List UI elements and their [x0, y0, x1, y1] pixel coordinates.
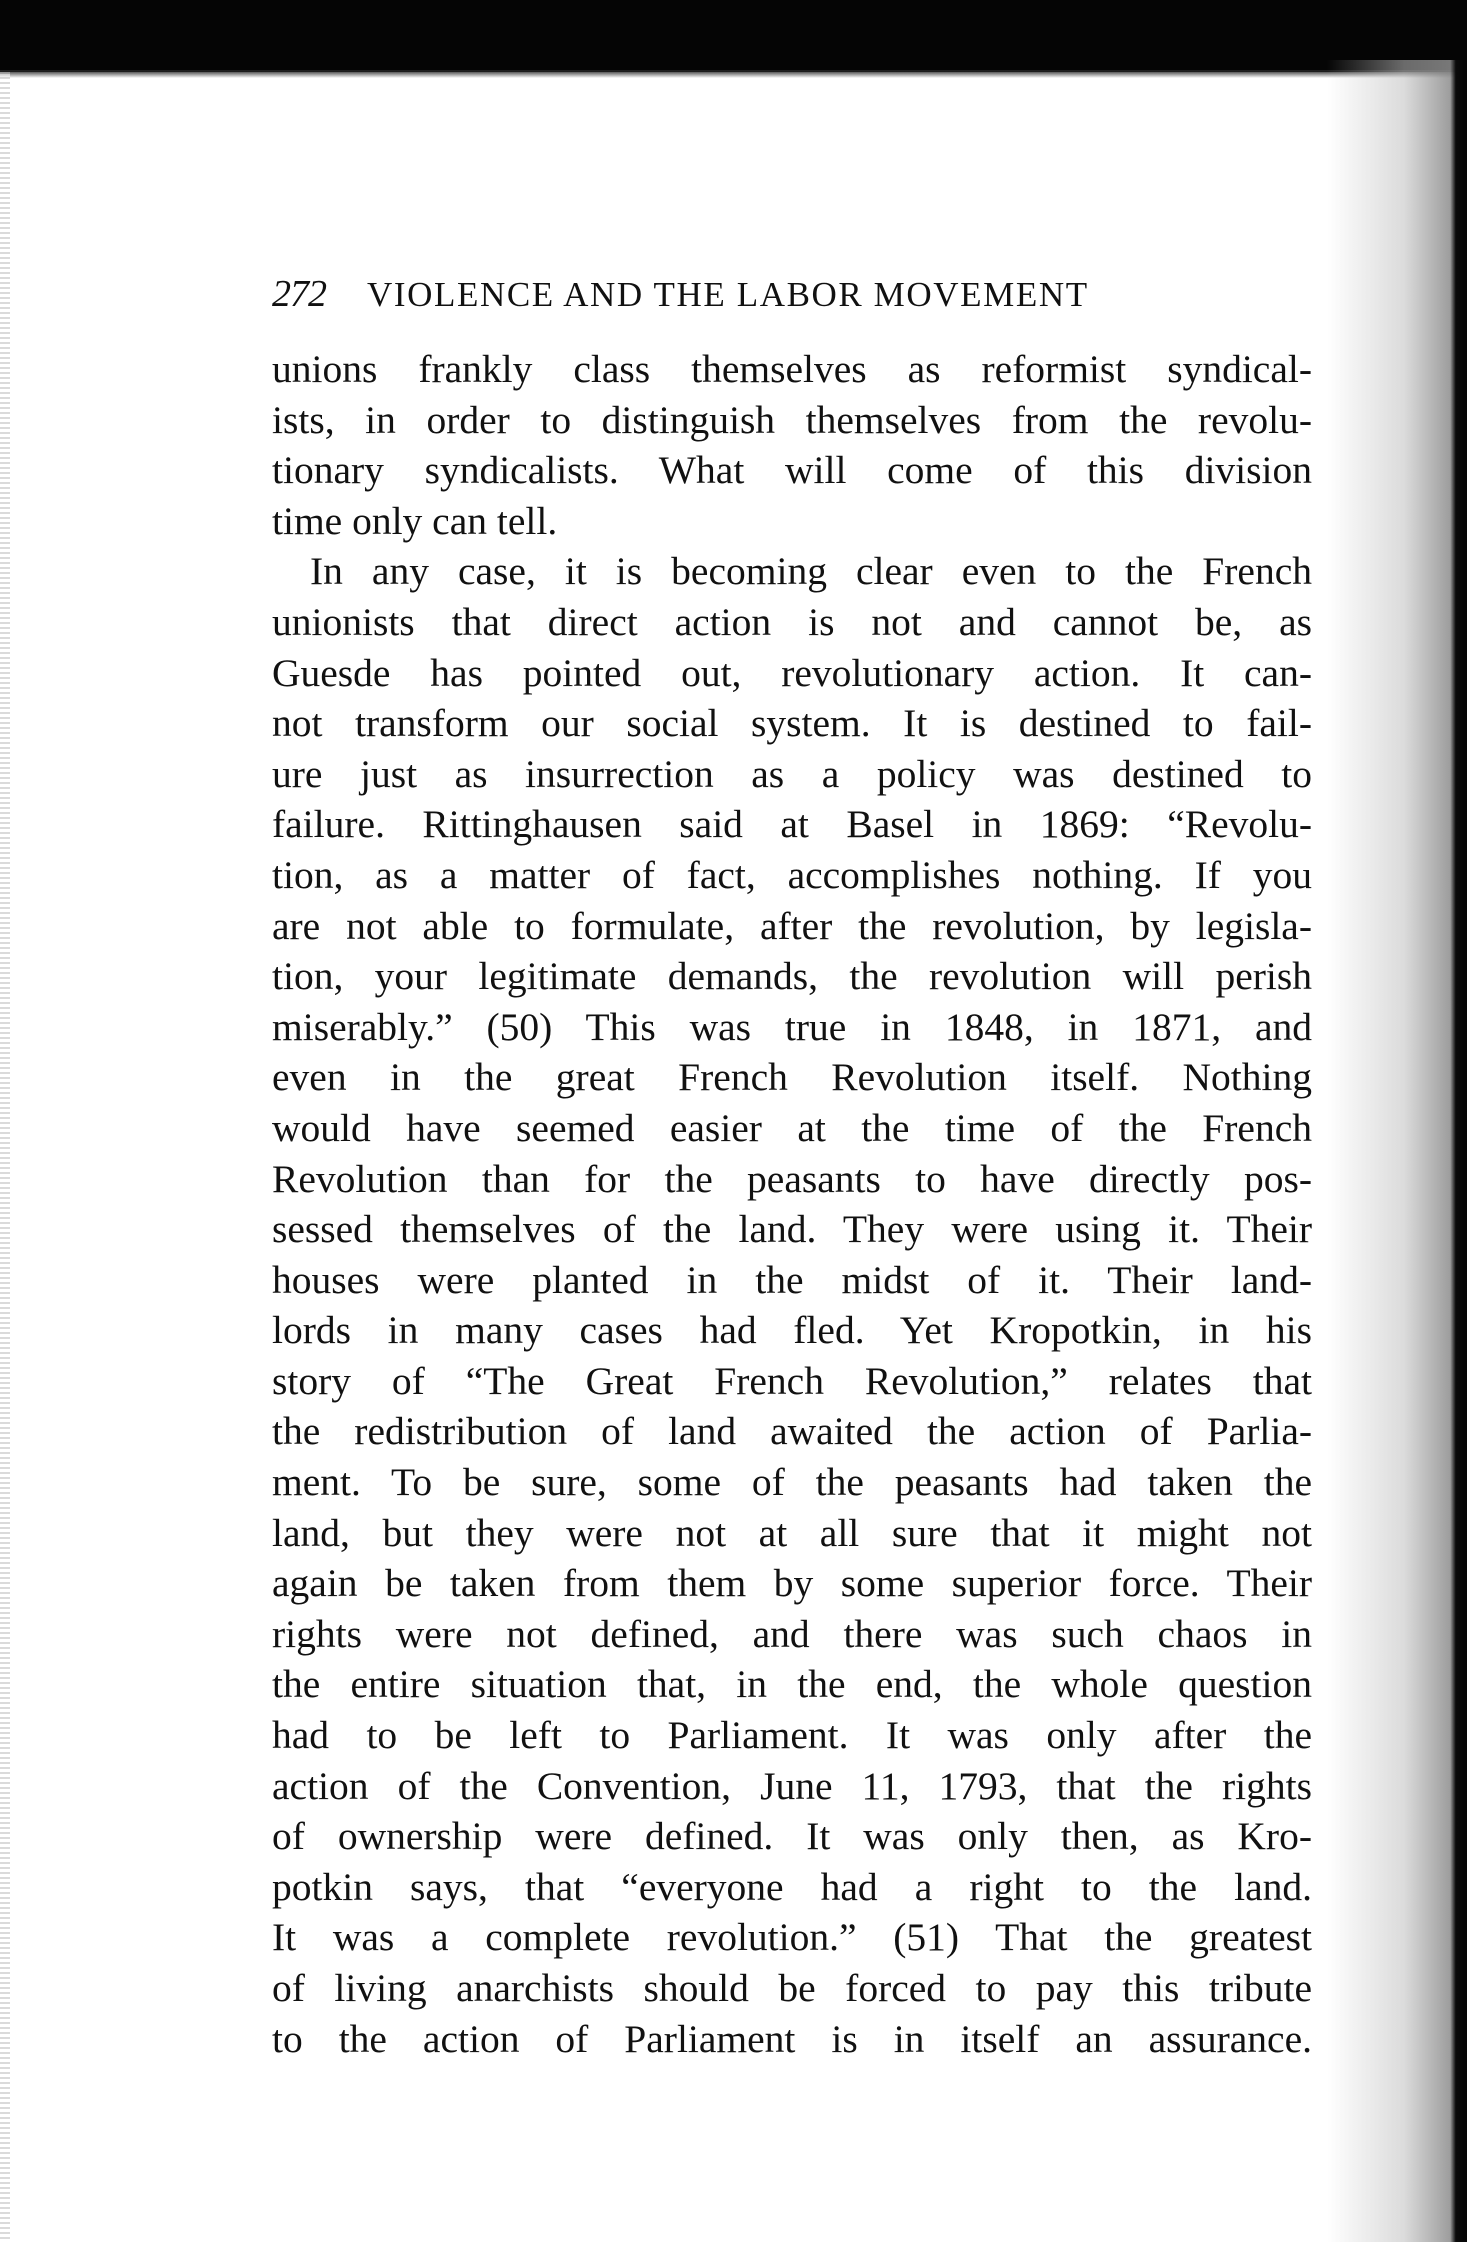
text-line: houses were planted in the midst of it. … — [272, 1255, 1312, 1306]
text-line: time only can tell. — [272, 496, 1312, 547]
text-line: to the action of Parliament is in itself… — [272, 2014, 1312, 2065]
text-line: tion, your legitimate demands, the revol… — [272, 951, 1312, 1002]
text-line: rights were not defined, and there was s… — [272, 1609, 1312, 1660]
text-line: land, but they were not at all sure that… — [272, 1508, 1312, 1559]
text-line: of ownership were defined. It was only t… — [272, 1811, 1312, 1862]
text-line: the redistribution of land awaited the a… — [272, 1406, 1312, 1457]
text-line: the entire situation that, in the end, t… — [272, 1659, 1312, 1710]
body-text: unions frankly class themselves as refor… — [272, 344, 1312, 2064]
running-head-title: VIOLENCE AND THE LABOR MOVEMENT — [367, 275, 1089, 315]
text-line: ure just as insurrection as a policy was… — [272, 749, 1312, 800]
text-line: of living anarchists should be forced to… — [272, 1963, 1312, 2014]
paragraph-continued: unions frankly class themselves as refor… — [272, 344, 1312, 546]
scan-left-edge — [0, 72, 10, 2242]
text-line: would have seemed easier at the time of … — [272, 1103, 1312, 1154]
text-line: lords in many cases had fled. Yet Kropot… — [272, 1305, 1312, 1356]
text-line: In any case, it is becoming clear even t… — [272, 546, 1312, 597]
text-line: are not able to formulate, after the rev… — [272, 901, 1312, 952]
text-line: Guesde has pointed out, revolutionary ac… — [272, 648, 1312, 699]
page-number: 272 — [272, 272, 367, 316]
text-line: miserably.” (50) This was true in 1848, … — [272, 1002, 1312, 1053]
text-line: ists, in order to distinguish themselves… — [272, 395, 1312, 446]
text-line: tion, as a matter of fact, accomplishes … — [272, 850, 1312, 901]
text-line: had to be left to Parliament. It was onl… — [272, 1710, 1312, 1761]
text-line: action of the Convention, June 11, 1793,… — [272, 1761, 1312, 1812]
text-line: unions frankly class themselves as refor… — [272, 344, 1312, 395]
text-line: It was a complete revolution.” (51) That… — [272, 1912, 1312, 1963]
scan-top-border — [0, 0, 1467, 72]
book-page: 272 VIOLENCE AND THE LABOR MOVEMENT unio… — [272, 272, 1312, 2064]
text-line: story of “The Great French Revolution,” … — [272, 1356, 1312, 1407]
running-head: 272 VIOLENCE AND THE LABOR MOVEMENT — [272, 272, 1312, 334]
text-line: unionists that direct action is not and … — [272, 597, 1312, 648]
text-line: Revolution than for the peasants to have… — [272, 1154, 1312, 1205]
text-line: not transform our social system. It is d… — [272, 698, 1312, 749]
text-line: potkin says, that “everyone had a right … — [272, 1862, 1312, 1913]
text-line: tionary syndicalists. What will come of … — [272, 445, 1312, 496]
paragraph: In any case, it is becoming clear even t… — [272, 546, 1312, 2064]
text-line: even in the great French Revolution itse… — [272, 1052, 1312, 1103]
text-line: ment. To be sure, some of the peasants h… — [272, 1457, 1312, 1508]
page-curl-shadow — [1327, 60, 1467, 2242]
text-line: sessed themselves of the land. They were… — [272, 1204, 1312, 1255]
text-line: failure. Rittinghausen said at Basel in … — [272, 799, 1312, 850]
text-line: again be taken from them by some superio… — [272, 1558, 1312, 1609]
